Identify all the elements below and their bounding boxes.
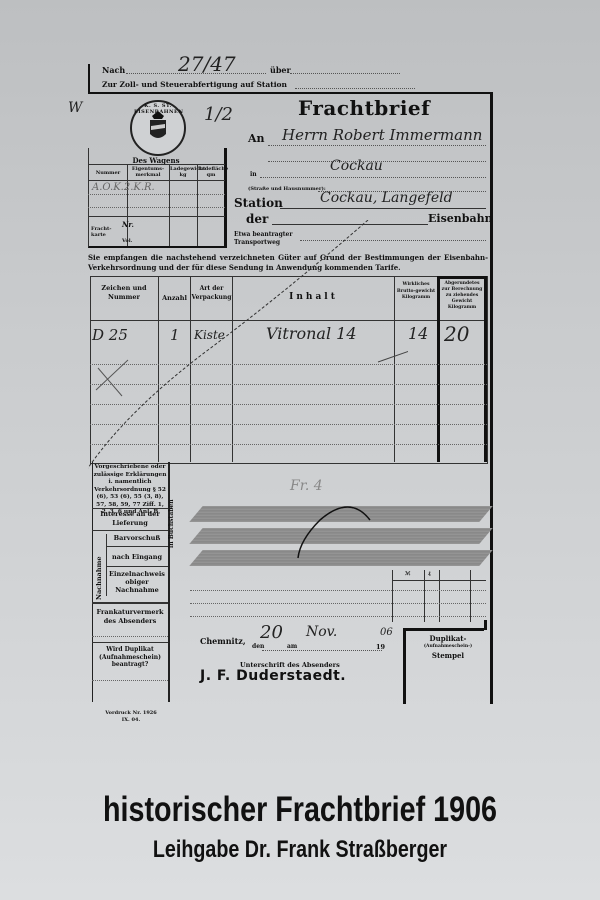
col-header-gerundet: Abgerundetes zur Berechnung zu ziehendes… <box>440 281 484 311</box>
print-ref-line2: IX. 04. <box>96 717 166 724</box>
nachnahme-label: Nachnahme <box>95 556 103 600</box>
right-frame <box>490 92 493 704</box>
money-rule <box>392 580 486 581</box>
wagon-dots <box>88 207 225 208</box>
cell-gerundet: 20 <box>444 322 469 346</box>
signature-month: Nov. <box>306 624 337 640</box>
an-label: An <box>248 132 265 145</box>
side-rule <box>92 530 168 531</box>
duplikat-sub: (Aufnahmeschein-) <box>410 644 486 649</box>
station-line <box>280 208 486 209</box>
diagonal-strike-icon <box>88 220 408 470</box>
duplikat-title: Duplikat- <box>410 634 486 643</box>
duplikat-question: Wird Duplikat (Aufnahmeschein) beantragt… <box>93 646 167 669</box>
station-label: Station <box>234 196 283 210</box>
an-line <box>268 145 486 146</box>
ueber-line <box>290 73 400 74</box>
duplikat-frame-top <box>404 628 484 631</box>
money-col <box>424 570 425 622</box>
zoll-line <box>295 88 415 89</box>
side-dots <box>92 636 168 637</box>
money-dots <box>190 590 486 591</box>
strasse-label: (Straße und Hausnummer): <box>248 186 326 192</box>
year-prefix: 19 <box>376 643 385 651</box>
signature-day: 20 <box>260 622 283 643</box>
side-rule <box>107 566 168 567</box>
year-suffix: 06 <box>380 627 393 638</box>
wagon-header-ladeflaeche: Ladefläche qm <box>198 166 224 178</box>
sender-name: J. F. Duderstaedt. <box>200 668 346 684</box>
wagon-header-nummer: Nummer <box>90 170 126 176</box>
seal-text: K. S. ST. EISENBAHNEN <box>134 103 182 115</box>
nach-value: 27/47 <box>178 52 236 76</box>
barvorschuss-label: Barvorschuß <box>107 534 167 542</box>
wagon-number: A.O.K.2.K.R. <box>92 182 155 193</box>
top-bracket-left <box>88 64 90 94</box>
side-rule <box>92 602 168 604</box>
goods-thick-top <box>437 276 487 279</box>
nach-eingang-label: nach Eingang <box>107 553 167 561</box>
money-col <box>439 570 440 622</box>
recipient-town: Cockau <box>330 158 383 174</box>
corner-mark: 1/2 <box>204 104 233 125</box>
margin-mark: W <box>68 100 82 116</box>
mark-header: ℳ <box>405 571 410 577</box>
exhibit-subtitle: Leihgabe Dr. Frank Straßberger <box>54 836 546 864</box>
side-rule <box>107 546 168 547</box>
duplikat-stempel: Stempel <box>410 651 486 660</box>
wagon-dots <box>88 194 225 195</box>
pfennig-header: ₰ <box>428 571 431 577</box>
wagon-header-eigentum: Eigentums-merkmal <box>128 166 168 178</box>
cell-brutto: 14 <box>408 324 428 343</box>
in-line <box>260 177 486 178</box>
in-label: in <box>250 172 257 178</box>
document-title: Frachtbrief <box>298 96 430 120</box>
station-value: Cockau, Langefeld <box>320 190 453 206</box>
wagon-rule <box>88 180 225 181</box>
goods-col-thick-right <box>484 276 487 462</box>
duplikat-frame-left <box>403 628 406 704</box>
money-col <box>470 570 471 622</box>
side-rule <box>92 508 168 509</box>
ueber-label: über <box>270 67 291 74</box>
date-line <box>262 650 382 651</box>
top-rule <box>88 92 492 94</box>
duplikat-frame-tick <box>484 620 487 630</box>
frankatur-label: Frankaturvermerk des Absenders <box>93 608 167 626</box>
side-dots <box>92 680 168 681</box>
signature-place: Chemnitz, <box>200 636 246 646</box>
print-ref-line1: Vordruck Nr. 1926 <box>96 710 166 717</box>
wagon-header-ladegewicht: Ladegewicht kg <box>170 166 196 178</box>
nach-label: Nach <box>102 67 125 74</box>
in-buchstaben-label: in Buchstaben <box>168 499 175 548</box>
exhibit-title: historischer Frachtbrief 1906 <box>54 790 546 830</box>
faint-annotation: Fr. 4 <box>290 478 323 494</box>
zoll-label: Zur Zoll- und Steuerabfertigung auf Stat… <box>102 80 287 89</box>
side-rule <box>92 642 168 643</box>
pen-stroke-icon <box>290 500 380 570</box>
money-dots <box>190 616 486 617</box>
eisenbahn-label: Eisenbahn <box>428 212 493 225</box>
einzelnachweis-label: Einzelnachweis obiger Nachnahme <box>107 570 167 594</box>
wagon-rule <box>88 164 225 165</box>
recipient-name: Herrn Robert Immermann <box>282 126 482 144</box>
wagon-rule <box>88 216 225 217</box>
money-col <box>392 570 393 622</box>
interesse-label: Interesse an der Lieferung <box>93 510 167 528</box>
money-dots <box>190 603 486 604</box>
am-label: am <box>287 644 297 650</box>
